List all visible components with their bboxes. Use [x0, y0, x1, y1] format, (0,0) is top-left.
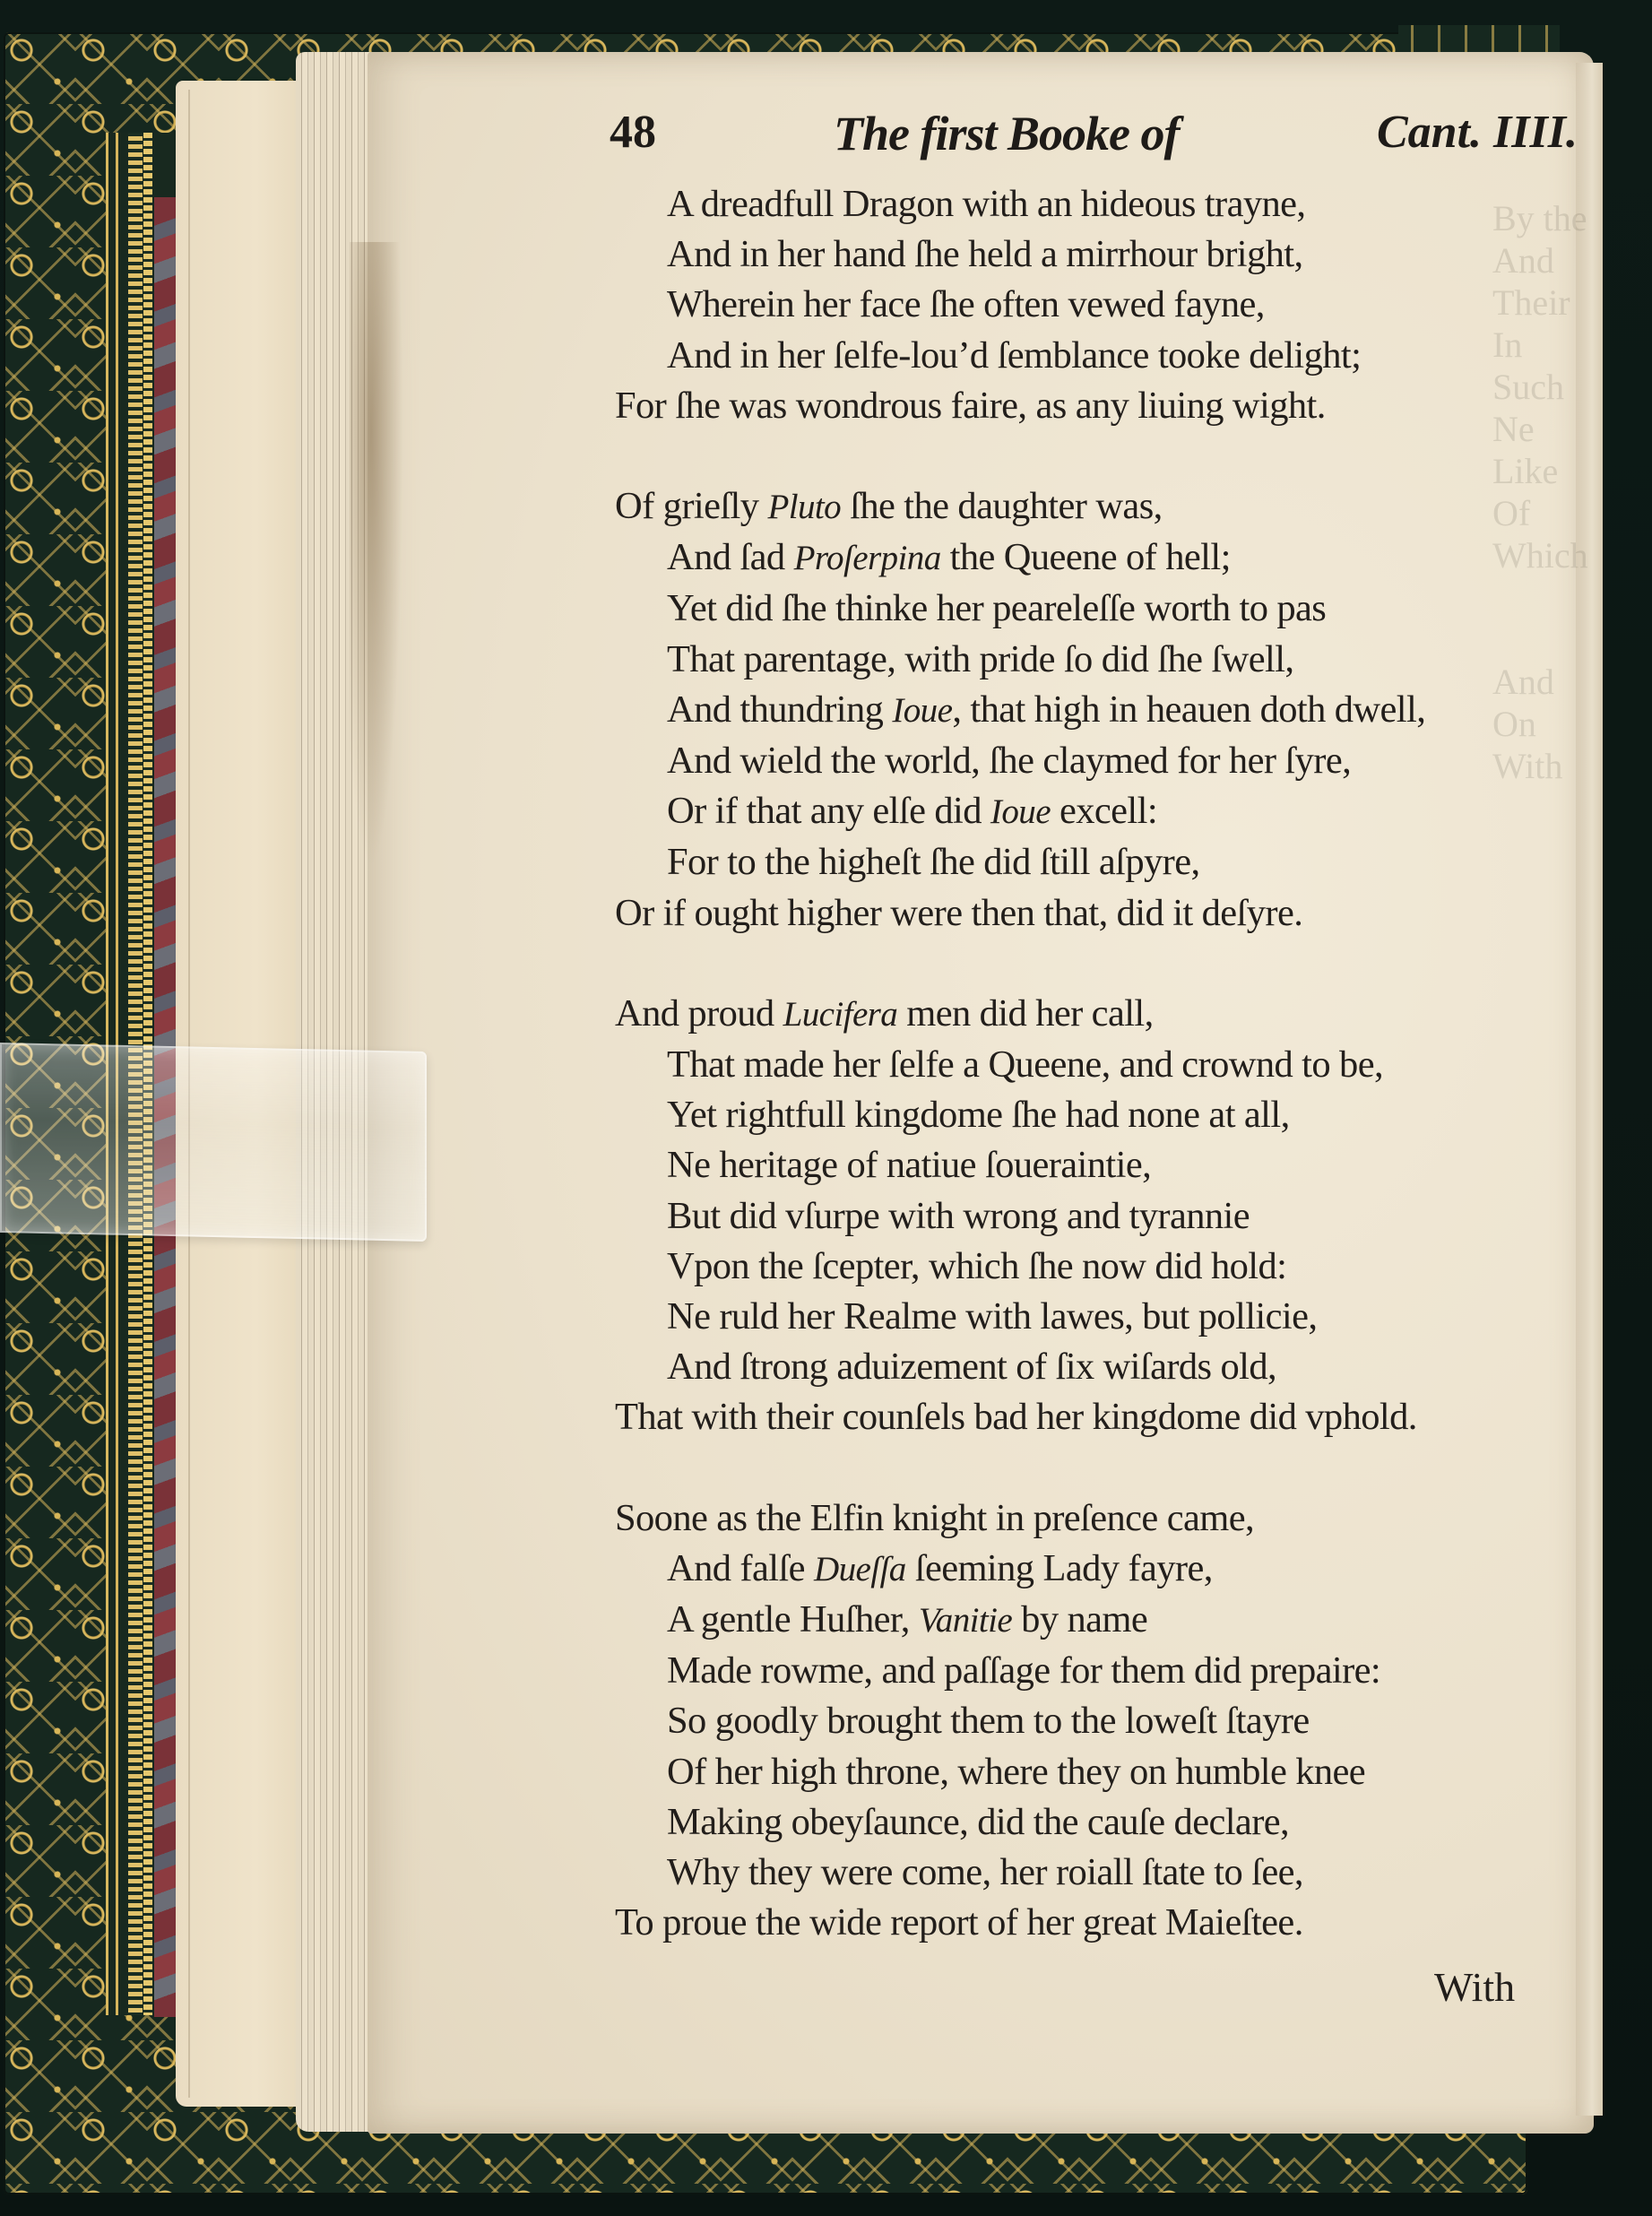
verse-line: Making obeyſaunce, did the cauſe declare…	[615, 1797, 1592, 1848]
verse-line: Of grieſly Pluto ſhe the daughter was,	[615, 481, 1592, 532]
italic-proper-name: Pluto	[767, 488, 841, 526]
canto-label: Cant. IIII.	[1377, 106, 1578, 159]
verse-line: Or if ought higher were then that, did i…	[615, 888, 1592, 939]
verse-line: Ne ruld her Realme with lawes, but polli…	[615, 1292, 1592, 1342]
italic-proper-name: Ioue	[892, 691, 952, 730]
line-text: And ſad	[667, 536, 794, 578]
verse-line: Of her high throne, where they on humble…	[615, 1747, 1592, 1797]
verse-line: A gentle Huſher, Vanitie by name	[615, 1595, 1592, 1646]
verse-line: Soone as the Elfin knight in preſence ca…	[615, 1493, 1592, 1544]
line-text: Of grieſly	[615, 485, 767, 527]
line-text: , that high in heauen doth dwell,	[952, 688, 1425, 731]
verse-line: But did vſurpe with wrong and tyrannie	[615, 1191, 1592, 1242]
line-text: A gentle Huſher,	[667, 1598, 919, 1640]
verse-text: A dreadfull Dragon with an hideous trayn…	[615, 179, 1592, 1999]
page-number: 48	[610, 106, 656, 159]
verse-line: And falſe Dueſſa ſeeming Lady fayre,	[615, 1544, 1592, 1595]
verse-line: And in her hand ſhe held a mirrhour brig…	[615, 229, 1592, 280]
binding-edge-top-right	[1398, 25, 1560, 52]
verse-line: Made rowme, and paſſage for them did pre…	[615, 1646, 1592, 1696]
line-text: men did her call,	[897, 992, 1153, 1034]
running-head: 48 The first Booke of Cant. IIII.	[610, 106, 1578, 169]
verse-line: Why they were come, her roiall ſtate to …	[615, 1848, 1592, 1898]
verse-line: So goodly brought them to the loweſt ſta…	[615, 1696, 1592, 1746]
stanza: And proud Lucifera men did her call,That…	[615, 989, 1592, 1443]
verse-line: That with their counſels bad her kingdom…	[615, 1392, 1592, 1442]
italic-proper-name: Dueſſa	[814, 1550, 906, 1588]
verse-line: Vpon the ſcepter, which ſhe now did hold…	[615, 1242, 1592, 1292]
line-text: ſeeming Lady fayre,	[906, 1547, 1213, 1589]
water-stain	[350, 242, 403, 870]
verse-line: And in her ſelfe-lou’d ſemblance tooke d…	[615, 331, 1592, 381]
verse-line: Or if that any elſe did Ioue excell:	[615, 786, 1592, 837]
verse-line: Yet rightfull kingdome ſhe had none at a…	[615, 1090, 1592, 1140]
verse-line: And ſad Proſerpina the Queene of hell;	[615, 532, 1592, 584]
verse-line: And wield the world, ſhe claymed for her…	[615, 736, 1592, 786]
catchword: With	[1434, 1963, 1515, 2011]
italic-proper-name: Vanitie	[919, 1601, 1012, 1640]
stanza: Soone as the Elfin knight in preſence ca…	[615, 1493, 1592, 1949]
verse-line: Yet did ſhe thinke her peareleſſe worth …	[615, 584, 1592, 634]
verse-line: That parentage, with pride ſo did ſhe ſw…	[615, 635, 1592, 685]
line-text: Or if that any elſe did	[667, 790, 990, 832]
line-text: ſhe the daughter was,	[841, 485, 1163, 527]
line-text: And falſe	[667, 1547, 814, 1589]
line-text: excell:	[1051, 790, 1157, 832]
verse-line: And ſtrong aduizement of ſix wiſards old…	[615, 1342, 1592, 1392]
verse-line: That made her ſelfe a Queene, and crownd…	[615, 1040, 1592, 1090]
verse-line: And proud Lucifera men did her call,	[615, 989, 1592, 1040]
verse-line: A dreadfull Dragon with an hideous trayn…	[615, 179, 1592, 229]
verse-line: Wherein her face ſhe often vewed fayne,	[615, 280, 1592, 330]
verse-line: For ſhe was wondrous faire, as any liuin…	[615, 381, 1592, 431]
verse-line: For to the higheſt ſhe did ſtill aſpyre,	[615, 837, 1592, 887]
line-text: by name	[1012, 1598, 1147, 1640]
book-title: The first Booke of	[834, 106, 1179, 161]
line-text: the Queene of hell;	[941, 536, 1231, 578]
stanza: Of grieſly Pluto ſhe the daughter was,An…	[615, 481, 1592, 939]
verse-line: To proue the wide report of her great Ma…	[615, 1898, 1592, 1948]
line-text: And proud	[615, 992, 783, 1034]
italic-proper-name: Ioue	[990, 792, 1051, 831]
italic-proper-name: Lucifera	[783, 995, 898, 1034]
verse-line: Ne heritage of natiue ſoueraintie,	[615, 1140, 1592, 1190]
stanza: A dreadfull Dragon with an hideous trayn…	[615, 179, 1592, 431]
italic-proper-name: Proſerpina	[794, 539, 941, 577]
verse-line: And thundring Ioue, that high in heauen …	[615, 685, 1592, 736]
line-text: And thundring	[667, 688, 892, 731]
glass-page-weight[interactable]	[0, 1043, 427, 1242]
